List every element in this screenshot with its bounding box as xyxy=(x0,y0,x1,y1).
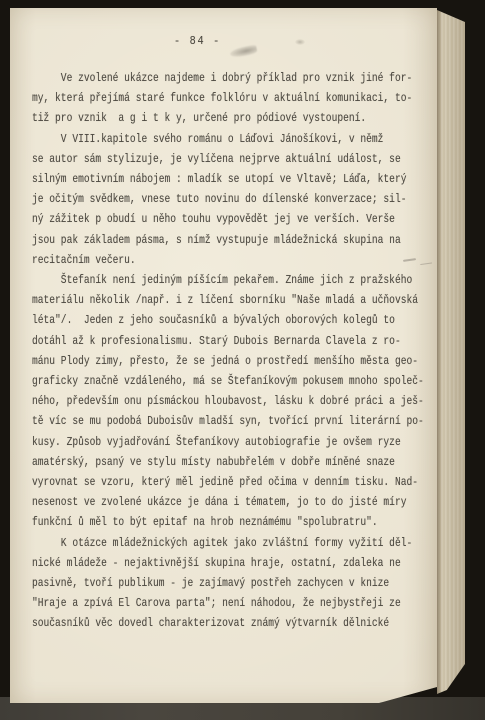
typewritten-text: Ve zvolené ukázce najdeme i dobrý příkla… xyxy=(32,68,448,634)
text-line: K otázce mládežnických agitek jako zvláš… xyxy=(32,533,448,553)
ink-dot-smudge xyxy=(295,39,305,45)
text-line: nesenost ve zvolené ukázce je dána i tém… xyxy=(32,492,448,512)
text-line: funkční ů měl to být epitaf na hrob nezn… xyxy=(32,512,448,532)
page-edge-stack xyxy=(437,10,465,694)
page-number: - 84 - xyxy=(174,34,221,48)
paragraph: Ve zvolené ukázce najdeme i dobrý příkla… xyxy=(32,68,448,129)
text-line: ný zážitek p obudí u něho touhu vypovědě… xyxy=(32,209,448,229)
text-line: graficky značně vzdáleného, má se Štefan… xyxy=(32,371,448,391)
ink-smudge xyxy=(229,44,257,58)
text-line: kusy. Způsob vyjadřování Štefaníkovy aut… xyxy=(32,432,448,452)
text-line: pasivně, tvoří publikum - je zajímavý po… xyxy=(32,573,448,593)
text-line: nické mládeže - nejaktivnější skupina hr… xyxy=(32,553,448,573)
paragraph: V VIII.kapitole svého románu o Láďovi Já… xyxy=(32,129,448,270)
text-line: V VIII.kapitole svého románu o Láďovi Já… xyxy=(32,129,448,149)
paragraph: K otázce mládežnických agitek jako zvláš… xyxy=(32,533,448,634)
text-line: Štefaník není jediným píšícím pekařem. Z… xyxy=(32,270,448,290)
paragraph: Štefaník není jediným píšícím pekařem. Z… xyxy=(32,270,448,533)
book-photo: - 84 - Ve zvolené ukázce najdeme i dobrý… xyxy=(0,0,485,720)
text-line: ného, především onu písmáckou hloubavost… xyxy=(32,391,448,411)
book-page: - 84 - Ve zvolené ukázce najdeme i dobrý… xyxy=(10,8,437,703)
text-line: jsou pak základem pásma, s nímž vystupuj… xyxy=(32,230,448,250)
text-line: materiálu několik /např. i z líčení sbor… xyxy=(32,290,448,310)
text-line: současníků věc dovedl charakterizovat zn… xyxy=(32,613,448,633)
text-line: Ve zvolené ukázce najdeme i dobrý příkla… xyxy=(32,68,448,88)
text-line: vyrovnat se vzoru, který měl jedině před… xyxy=(32,472,448,492)
text-line: recitačním večeru. xyxy=(32,250,448,270)
text-line: je očitým svědkem, vnese tuto novinu do … xyxy=(32,189,448,209)
text-line: my, která přejímá staré funkce folklóru … xyxy=(32,88,448,108)
text-line: silným emotivním nábojem : mladík se uto… xyxy=(32,169,448,189)
text-line: amatérský, psaný ve stylu místy nabubřel… xyxy=(32,452,448,472)
text-line: se autor sám stylizuje, je vylíčena nejp… xyxy=(32,149,448,169)
text-line: dotáhl až k profesionalismu. Starý Duboi… xyxy=(32,331,448,351)
text-line: "Hraje a zpívá El Carova parta"; není ná… xyxy=(32,593,448,613)
text-line: tiž pro vznik a g i t k y, určené pro pó… xyxy=(32,108,448,128)
text-line: mánu Plody zimy, přesto, že se jedná o p… xyxy=(32,351,448,371)
text-line: léta"/. Jeden z jeho současníků a bývalý… xyxy=(32,310,448,330)
text-line: tě víc se mu podobá Duboisův mladší syn,… xyxy=(32,411,448,431)
